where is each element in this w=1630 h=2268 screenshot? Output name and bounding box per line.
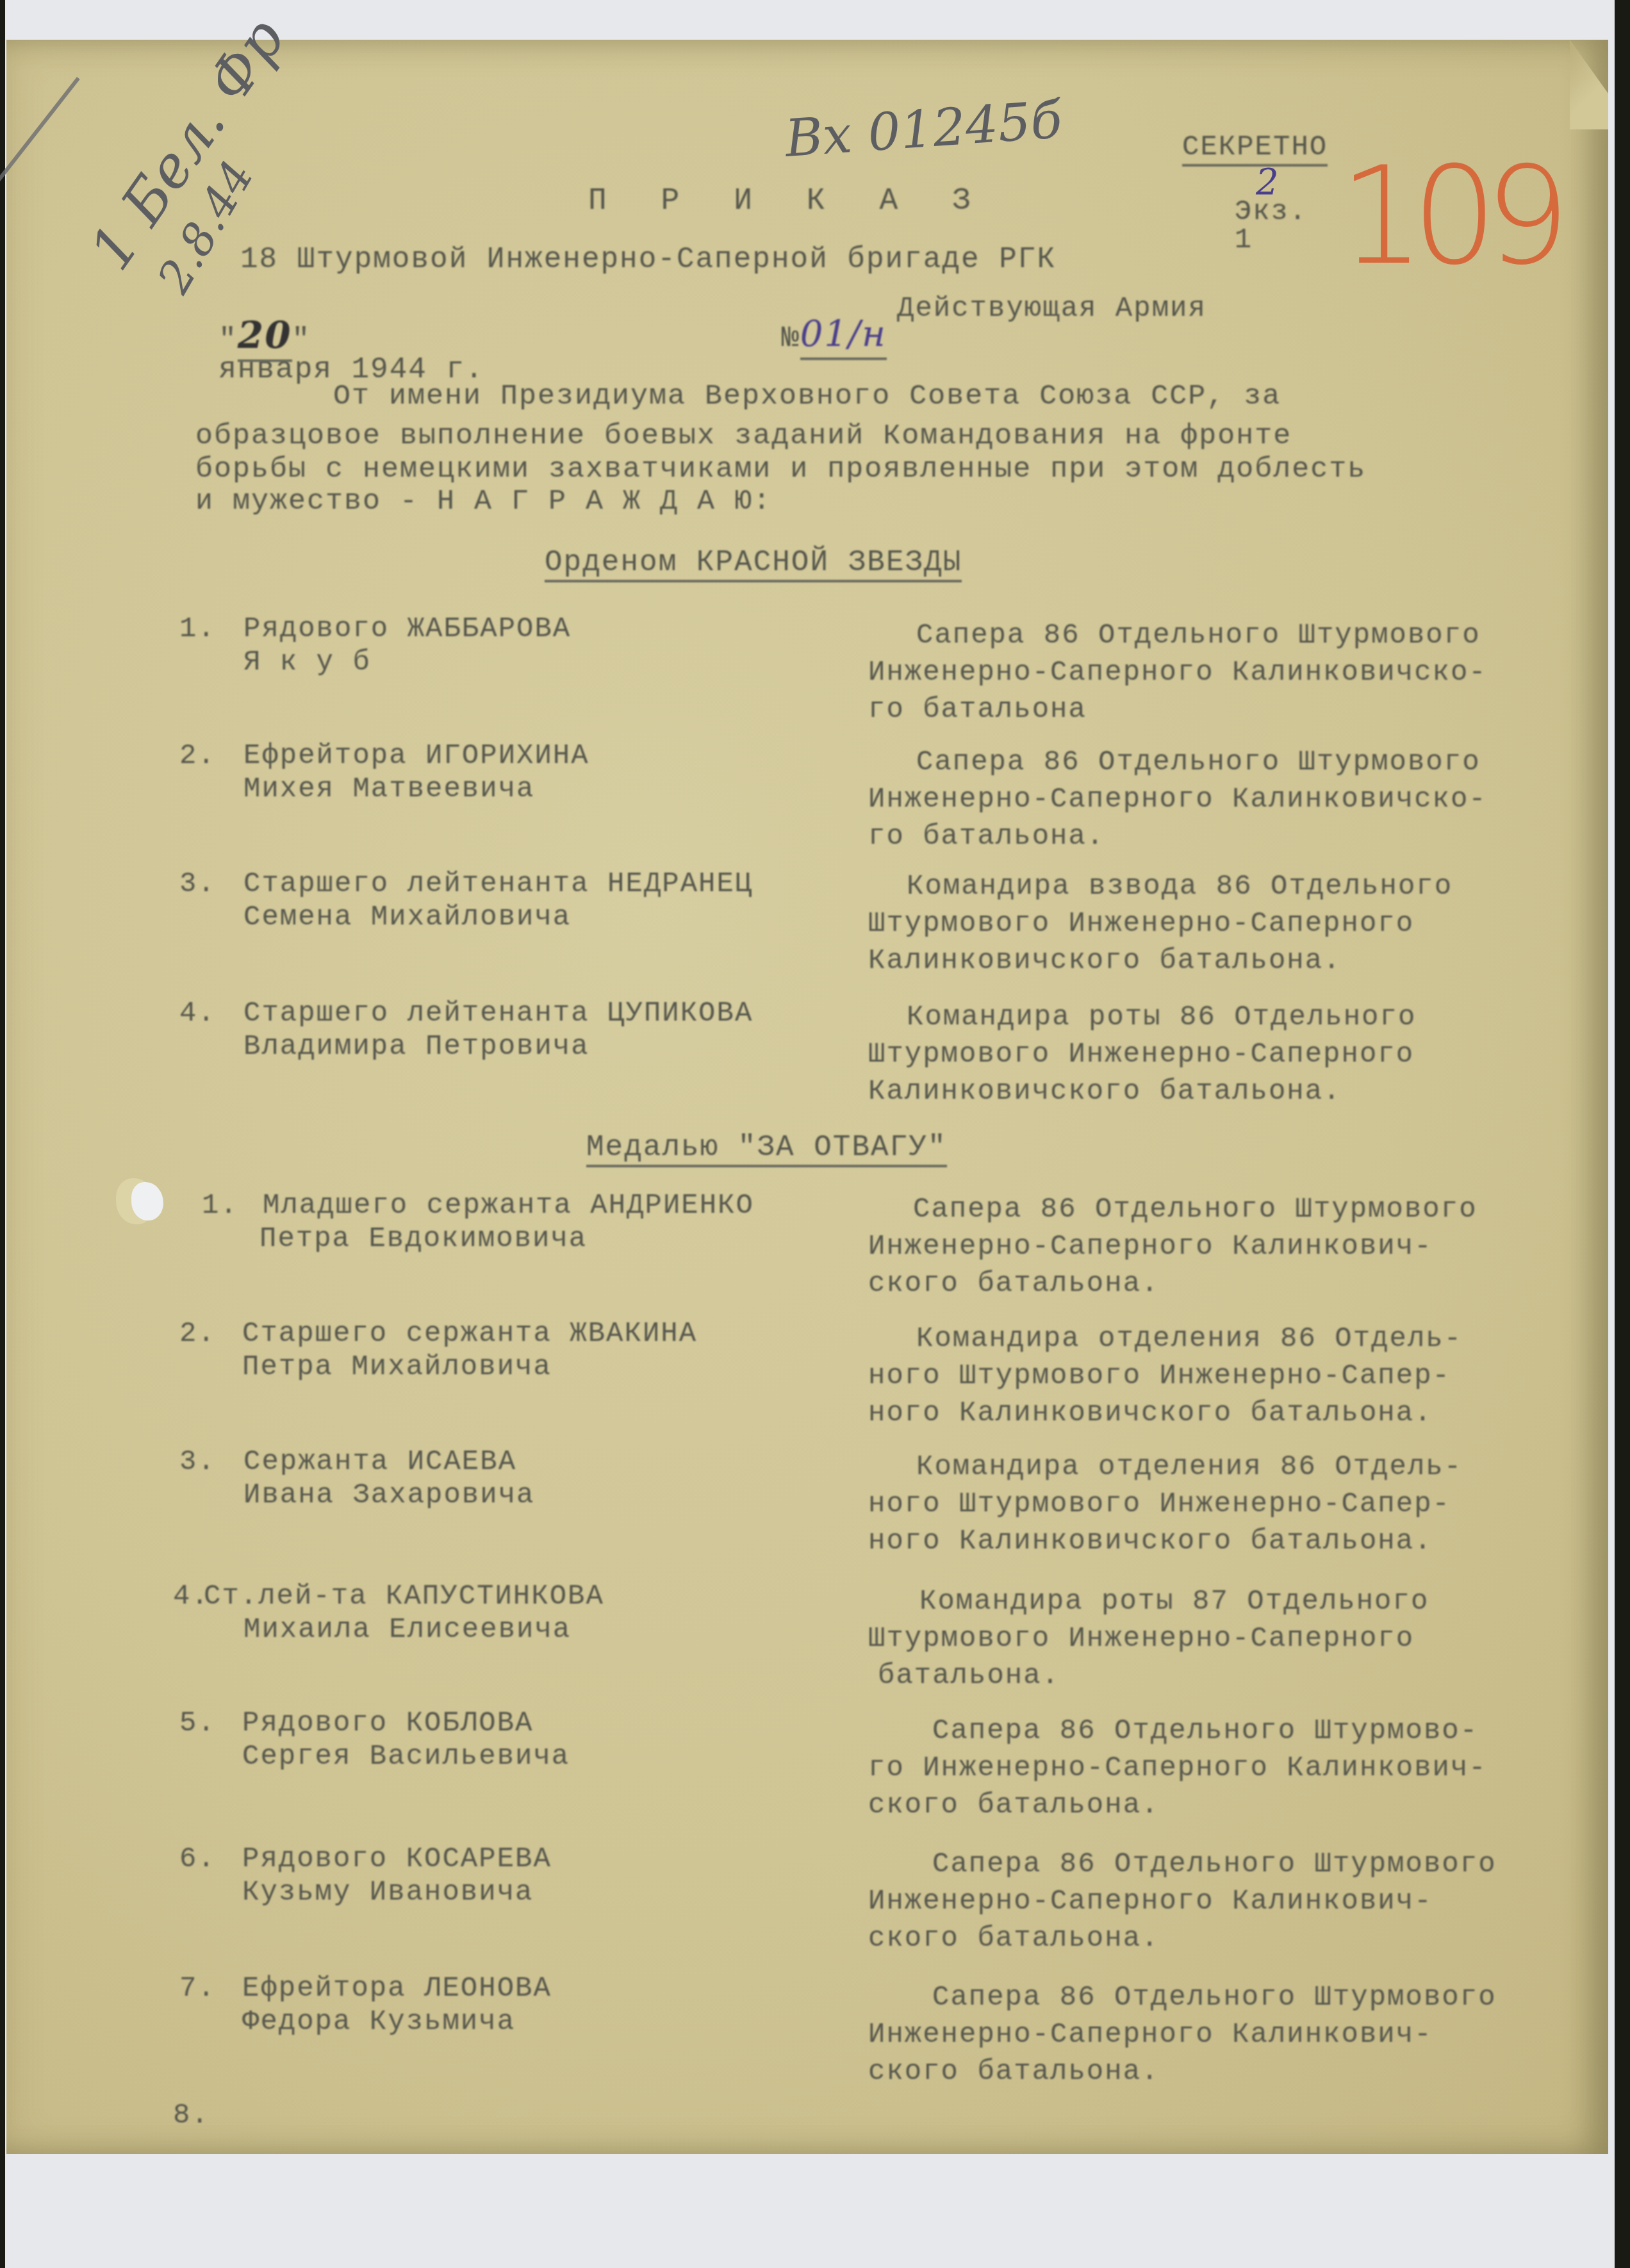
position-line: Штурмового Инженерно-Саперного [868, 1625, 1592, 1653]
red-page-number: 109 [1339, 138, 1558, 295]
entry-position: Сапера 86 Отдельного Штурмового Инженерн… [868, 621, 1592, 733]
position-line: Калинковичского батальона. [868, 947, 1592, 975]
position-line: Штурмового Инженерно-Саперного [868, 910, 1592, 938]
secret-stamp: СЕКРЕТНО [1182, 133, 1328, 167]
position-line: ного Штурмового Инженерно-Сапер- [868, 1490, 1592, 1518]
position-line: батальона. [878, 1662, 1592, 1690]
entry-rank-name: Ст.лей-та КАПУСТИНКОВА [204, 1582, 604, 1611]
entry-rank-name: Рядового ЖАББАРОВА [243, 615, 571, 643]
position-line: Командира отделения 86 Отдель- [916, 1453, 1592, 1481]
copy-number-typed: 1 [1235, 224, 1253, 256]
position-line: Инженерно-Саперного Калинковичско- [868, 659, 1592, 687]
entry-number: 5. [179, 1709, 216, 1738]
entry-rank-name: Рядового КОБЛОВА [242, 1709, 533, 1738]
position-line: ного Штурмового Инженерно-Сапер- [868, 1362, 1592, 1390]
entry-rank-name: Старшего лейтенанта ЦУПИКОВА [243, 999, 753, 1028]
position-line: Сапера 86 Отдельного Штурмового [932, 1984, 1592, 2012]
entry-given-names: Петра Евдокимовича [259, 1225, 587, 1253]
entry-rank-name: Ефрейтора ИГОРИХИНА [243, 742, 589, 770]
entry-given-names: Владимира Петровича [243, 1033, 589, 1061]
entry-rank-name: Старшего сержанта ЖВАКИНА [242, 1320, 697, 1348]
entry-position: Командира роты 87 Отдельного Штурмового … [868, 1588, 1592, 1699]
entry-given-names: Федора Кузьмича [242, 2008, 515, 2036]
position-line: Калинковичского батальона. [868, 1078, 1592, 1106]
entry-given-names: Сергея Васильевича [242, 1743, 570, 1771]
position-line: Сапера 86 Отдельного Штурмового [916, 748, 1592, 777]
entry-number: 1. [202, 1192, 238, 1220]
entry-given-names: Я к у б [243, 648, 371, 677]
folded-corner [1570, 40, 1608, 129]
position-line: Инженерно-Саперного Калинкович- [868, 2021, 1592, 2049]
trailing-entry-number: 8. [173, 2101, 210, 2130]
position-line: Штурмового Инженерно-Саперного [868, 1040, 1592, 1069]
preamble-line-4: и мужество - Н А Г Р А Ж Д А Ю: [195, 487, 771, 516]
location-line: Действующая Армия [897, 295, 1206, 323]
position-line: ского батальона. [868, 1925, 1592, 1953]
position-line: Командира роты 86 Отдельного [907, 1003, 1592, 1031]
copy-number-handwritten: 2 [1256, 161, 1279, 203]
position-line: го Инженерно-Саперного Калинкович- [868, 1754, 1592, 1782]
copy-label: Экз. 1 [1198, 170, 1307, 254]
position-line: Инженерно-Саперного Калинковичско- [868, 785, 1592, 814]
position-line: Командира отделения 86 Отдель- [916, 1325, 1592, 1353]
position-line: ского батальона. [868, 2058, 1592, 2086]
position-line: Инженерно-Саперного Калинкович- [868, 1233, 1592, 1261]
position-line: ского батальона. [868, 1270, 1592, 1298]
entry-given-names: Петра Михайловича [242, 1353, 552, 1381]
entry-number: 4. [179, 999, 216, 1028]
entry-given-names: Михаила Елисеевича [243, 1616, 571, 1644]
entry-position: Командира отделения 86 Отдель- ного Штур… [868, 1325, 1592, 1436]
entry-rank-name: Старшего лейтенанта НЕДРАНЕЦ [243, 870, 753, 898]
entry-number: 2. [179, 1320, 216, 1348]
position-line: го батальона. [868, 823, 1592, 851]
entry-rank-name: Сержанта ИСАЕВА [243, 1448, 516, 1476]
date-quote-close: " [292, 324, 311, 357]
section-heading-bravery-medal: Медалью "ЗА ОТВАГУ" [586, 1133, 947, 1167]
document-title: П Р И К А З [588, 186, 989, 217]
entry-position: Сапера 86 Отдельного Штурмового Инженерн… [868, 1984, 1592, 2095]
position-line: Командира взвода 86 Отдельного [907, 873, 1592, 901]
entry-number: 2. [179, 742, 216, 770]
date-quote-open: " [218, 324, 238, 357]
date-line: "20" января 1944 г. [181, 287, 484, 384]
entry-number: 7. [179, 1975, 216, 2003]
position-line: ского батальона. [868, 1791, 1592, 1820]
position-line: Инженерно-Саперного Калинкович- [868, 1887, 1592, 1916]
preamble-line-2: образцовое выполнение боевых заданий Ком… [195, 422, 1292, 450]
order-number: №01/н [743, 287, 887, 353]
entry-position: Сапера 86 Отдельного Штурмового Инженерн… [868, 1196, 1592, 1307]
position-line: Сапера 86 Отдельного Штурмового [932, 1850, 1592, 1878]
position-line: го батальона [868, 696, 1592, 724]
entry-given-names: Михея Матвеевича [243, 775, 534, 803]
entry-number: 3. [179, 870, 216, 898]
entry-number: 3. [179, 1448, 216, 1476]
position-line: ного Калинковичского батальона. [868, 1399, 1592, 1427]
entry-position: Командира роты 86 Отдельного Штурмового … [868, 1003, 1592, 1115]
position-line: Сапера 86 Отдельного Штурмового [913, 1196, 1592, 1224]
position-line: Командира роты 87 Отдельного [919, 1588, 1592, 1616]
preamble-line-1: От имени Президиума Верховного Совета Со… [333, 382, 1281, 411]
order-number-handwritten: 01/н [800, 313, 887, 360]
entry-position: Командира отделения 86 Отдель- ного Штур… [868, 1453, 1592, 1565]
date-day: 20 [238, 313, 292, 362]
position-line: Сапера 86 Отдельного Штурмово- [932, 1717, 1592, 1745]
entry-position: Сапера 86 Отдельного Штурмового Инженерн… [868, 1850, 1592, 1962]
entry-given-names: Семена Михайловича [243, 903, 571, 932]
number-sign: № [781, 322, 800, 355]
unit-line: 18 Штурмовой Инженерно-Саперной бригаде … [240, 245, 1056, 274]
entry-position: Командира взвода 86 Отдельного Штурмовог… [868, 873, 1592, 984]
entry-rank-name: Рядового КОСАРЕВА [242, 1845, 552, 1873]
position-line: Сапера 86 Отдельного Штурмового [916, 621, 1592, 650]
preamble-line-3: борьбы с немецкими захватчиками и проявл… [195, 455, 1366, 484]
entry-given-names: Кузьму Ивановича [242, 1878, 533, 1907]
entry-rank-name: Младшего сержанта АНДРИЕНКО [263, 1192, 754, 1220]
entry-number: 6. [179, 1845, 216, 1873]
entry-position: Сапера 86 Отдельного Штурмового Инженерн… [868, 748, 1592, 860]
entry-position: Сапера 86 Отдельного Штурмово- го Инжене… [868, 1717, 1592, 1828]
entry-number: 1. [179, 615, 216, 643]
entry-rank-name: Ефрейтора ЛЕОНОВА [242, 1975, 552, 2003]
section-heading-red-star: Орденом КРАСНОЙ ЗВЕЗДЫ [545, 548, 962, 582]
entry-given-names: Ивана Захаровича [243, 1481, 534, 1509]
position-line: ного Калинковичского батальона. [868, 1527, 1592, 1556]
